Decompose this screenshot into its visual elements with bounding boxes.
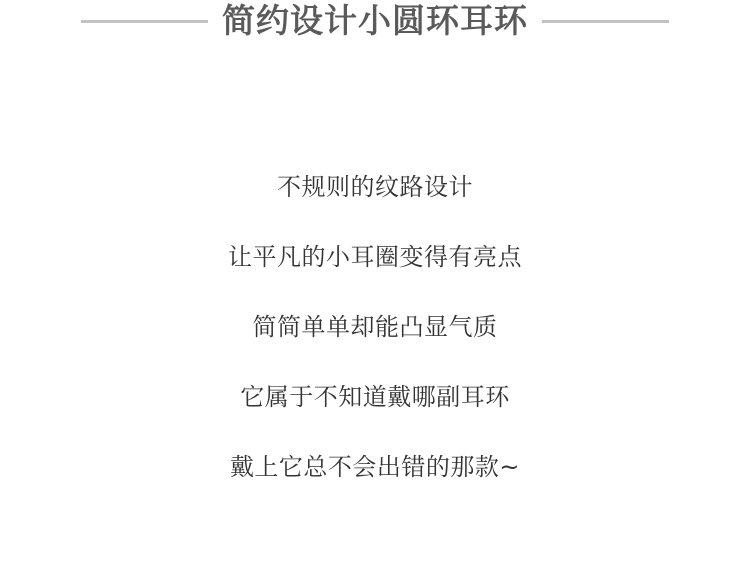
title-divider-left: [81, 20, 208, 23]
title-section: 简约设计小圆环耳环: [0, 0, 750, 42]
description-line-5: 戴上它总不会出错的那款~: [0, 432, 750, 502]
description-line-2: 让平凡的小耳圈变得有亮点: [0, 222, 750, 292]
description-text-block: 不规则的纹路设计 让平凡的小耳圈变得有亮点 简简单单却能凸显气质 它属于不知道戴…: [0, 152, 750, 502]
description-line-4: 它属于不知道戴哪副耳环: [0, 362, 750, 432]
product-description-page: 简约设计小圆环耳环 不规则的纹路设计 让平凡的小耳圈变得有亮点 简简单单却能凸显…: [0, 0, 750, 568]
description-line-1: 不规则的纹路设计: [0, 152, 750, 222]
description-line-3: 简简单单却能凸显气质: [0, 292, 750, 362]
title-divider-right: [542, 20, 669, 23]
page-title: 简约设计小圆环耳环: [222, 0, 528, 42]
